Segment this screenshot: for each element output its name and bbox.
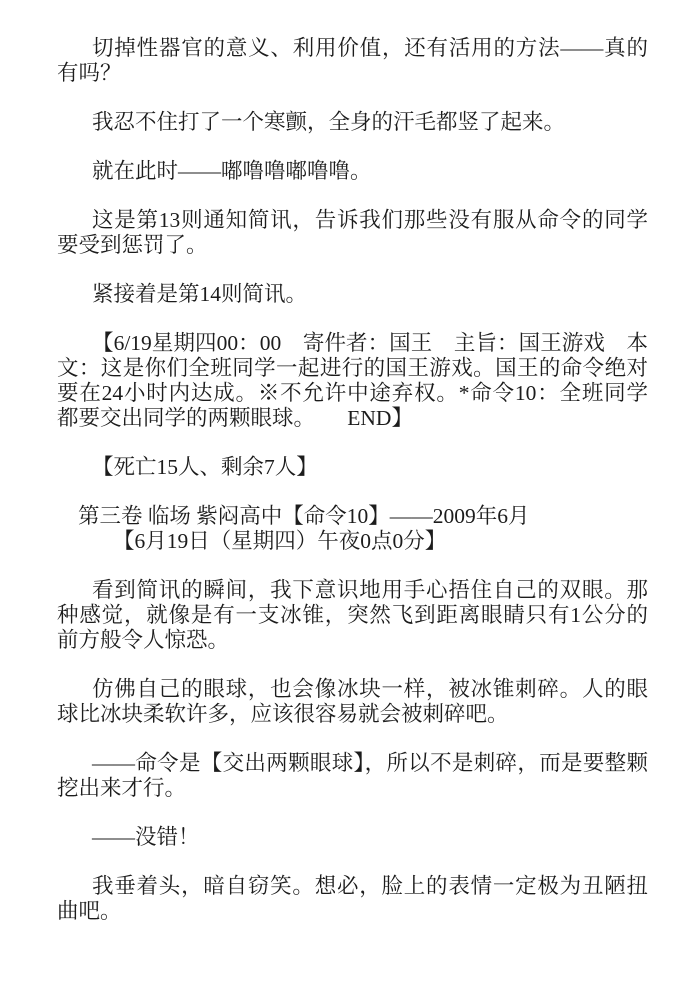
paragraph: 【6/19星期四00：00 寄件者：国王 主旨：国王游戏 本文：这是你们全班同学… bbox=[57, 331, 648, 431]
paragraph: 这是第13则通知简讯，告诉我们那些没有服从命令的同学要受到惩罚了。 bbox=[57, 208, 648, 258]
paragraph: 紧接着是第14则简讯。 bbox=[57, 282, 648, 307]
paragraph: ——没错！ bbox=[57, 825, 648, 850]
document-page: 切掉性器官的意义、利用价值，还有活用的方法——真的有吗？我忍不住打了一个寒颤，全… bbox=[0, 0, 700, 992]
document-content: 切掉性器官的意义、利用价值，还有活用的方法——真的有吗？我忍不住打了一个寒颤，全… bbox=[57, 36, 648, 924]
paragraph: 我垂着头，暗自窃笑。想必，脸上的表情一定极为丑陋扭曲吧。 bbox=[57, 874, 648, 924]
paragraph: 我忍不住打了一个寒颤，全身的汗毛都竖了起来。 bbox=[57, 110, 648, 135]
paragraph: 仿佛自己的眼球，也会像冰块一样，被冰锥刺碎。人的眼球比冰块柔软许多，应该很容易就… bbox=[57, 677, 648, 727]
chapter-subheading: 【6月19日（星期四）午夜0点0分】 bbox=[57, 529, 648, 554]
paragraph: 【死亡15人、剩余7人】 bbox=[57, 455, 648, 480]
paragraph: 就在此时——嘟噜噜嘟噜噜。 bbox=[57, 159, 648, 184]
paragraph: ——命令是【交出两颗眼球】，所以不是刺碎，而是要整颗挖出来才行。 bbox=[57, 751, 648, 801]
chapter-heading: 第三卷 临场 紫闷高中【命令10】——2009年6月 bbox=[57, 504, 648, 529]
paragraph: 切掉性器官的意义、利用价值，还有活用的方法——真的有吗？ bbox=[57, 36, 648, 86]
paragraph: 看到简讯的瞬间，我下意识地用手心捂住自己的双眼。那种感觉，就像是有一支冰锥，突然… bbox=[57, 578, 648, 653]
